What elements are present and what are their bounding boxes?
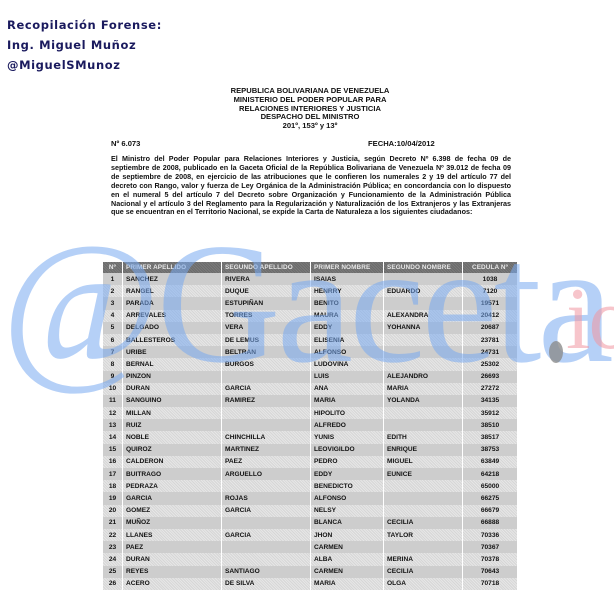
cell-second-name: ENRIQUE xyxy=(384,444,462,456)
cell-first-name: ISAIAS xyxy=(311,273,383,285)
cell-first-surname: SANCHEZ xyxy=(123,273,221,285)
cell-row-number: 5 xyxy=(103,322,122,334)
table-row: 15QUIROZMARTINEZLEOVIGILDOENRIQUE38753 xyxy=(103,444,517,456)
table-row: 23PAEZCARMEN70367 xyxy=(103,541,517,553)
cell-second-name: MERINA xyxy=(384,553,462,565)
cell-second-name xyxy=(384,297,462,309)
cell-second-surname: GARCIA xyxy=(222,505,310,517)
cell-id-number: 70367 xyxy=(463,541,517,553)
cell-second-name: ALEJANDRO xyxy=(384,371,462,383)
cell-second-name xyxy=(384,407,462,419)
cell-id-number: 20687 xyxy=(463,322,517,334)
cell-id-number: 20412 xyxy=(463,310,517,322)
cell-first-surname: PEDRAZA xyxy=(123,480,221,492)
cell-id-number: 26693 xyxy=(463,371,517,383)
cell-second-name: YOLANDA xyxy=(384,395,462,407)
cell-second-name xyxy=(384,480,462,492)
cell-first-surname: PAEZ xyxy=(123,541,221,553)
document-body: El Ministro del Poder Popular para Relac… xyxy=(111,155,511,217)
cell-row-number: 17 xyxy=(103,468,122,480)
column-header-second-surname: SEGUNDO APELLIDO xyxy=(222,262,310,273)
cell-row-number: 21 xyxy=(103,517,122,529)
table-row: 2RANGELDUQUEHENRRYEDUARDO7120 xyxy=(103,285,517,297)
cell-second-name xyxy=(384,419,462,431)
table-row: 7URIBEBELTRANALFONSO24731 xyxy=(103,346,517,358)
cell-first-surname: ACERO xyxy=(123,578,221,590)
cell-second-surname: MARTINEZ xyxy=(222,444,310,456)
cell-first-surname: REYES xyxy=(123,566,221,578)
cell-id-number: 65000 xyxy=(463,480,517,492)
cell-second-name: MARIA xyxy=(384,383,462,395)
cell-row-number: 15 xyxy=(103,444,122,456)
cell-first-name: LUIS xyxy=(311,371,383,383)
cell-second-surname: TORRES xyxy=(222,310,310,322)
cell-first-name: ALFONSO xyxy=(311,346,383,358)
cell-first-surname: URIBE xyxy=(123,346,221,358)
cell-row-number: 14 xyxy=(103,431,122,443)
cell-row-number: 26 xyxy=(103,578,122,590)
cell-second-surname xyxy=(222,480,310,492)
cell-first-name: YUNIS xyxy=(311,431,383,443)
cell-id-number: 38510 xyxy=(463,419,517,431)
cell-first-name: LEOVIGILDO xyxy=(311,444,383,456)
cell-first-surname: CALDERON xyxy=(123,456,221,468)
cell-second-name xyxy=(384,492,462,504)
cell-second-surname: ROJAS xyxy=(222,492,310,504)
cell-second-name: CECILIA xyxy=(384,566,462,578)
cell-first-name: PEDRO xyxy=(311,456,383,468)
cell-second-name xyxy=(384,358,462,370)
cell-second-surname xyxy=(222,419,310,431)
cell-second-name: ALEXANDRA xyxy=(384,310,462,322)
cell-second-surname: ESTUPIÑAN xyxy=(222,297,310,309)
cell-id-number: 70336 xyxy=(463,529,517,541)
column-header-number: Nº xyxy=(103,262,122,273)
cell-second-name xyxy=(384,541,462,553)
cell-row-number: 16 xyxy=(103,456,122,468)
table-row: 13RUIZALFREDO38510 xyxy=(103,419,517,431)
cell-second-name xyxy=(384,346,462,358)
cell-first-surname: LLANES xyxy=(123,529,221,541)
cell-id-number: 64218 xyxy=(463,468,517,480)
cell-second-surname: BURGOS xyxy=(222,358,310,370)
cell-second-surname xyxy=(222,371,310,383)
cell-id-number: 70718 xyxy=(463,578,517,590)
cell-first-surname: PARADA xyxy=(123,297,221,309)
cell-id-number: 27272 xyxy=(463,383,517,395)
cell-row-number: 25 xyxy=(103,566,122,578)
resolution-number: Nº 6.073 xyxy=(111,139,140,148)
cell-first-surname: NOBLE xyxy=(123,431,221,443)
cell-id-number: 70643 xyxy=(463,566,517,578)
cell-second-surname: RIVERA xyxy=(222,273,310,285)
table-row: 8BERNALBURGOSLUDOVINA25302 xyxy=(103,358,517,370)
cell-first-name: BENEDICTO xyxy=(311,480,383,492)
cell-first-surname: PINZON xyxy=(123,371,221,383)
cell-second-name: TAYLOR xyxy=(384,529,462,541)
table-row: 10DURANGARCIAANAMARIA27272 xyxy=(103,383,517,395)
cell-row-number: 9 xyxy=(103,371,122,383)
cell-first-surname: ARREVALES xyxy=(123,310,221,322)
credit-author: Ing. Miguel Muñoz xyxy=(7,35,162,55)
table-row: 21MUÑOZBLANCACECILIA66888 xyxy=(103,517,517,529)
table-row: 25REYESSANTIAGOCARMENCECILIA70643 xyxy=(103,566,517,578)
cell-row-number: 4 xyxy=(103,310,122,322)
cell-second-surname: SANTIAGO xyxy=(222,566,310,578)
column-header-first-surname: PRIMER APELLIDO xyxy=(123,262,221,273)
cell-first-name: CARMEN xyxy=(311,566,383,578)
cell-row-number: 11 xyxy=(103,395,122,407)
cell-row-number: 20 xyxy=(103,505,122,517)
cell-second-name: CECILIA xyxy=(384,517,462,529)
credit-block: Recopilación Forense: Ing. Miguel Muñoz … xyxy=(7,15,162,75)
cell-second-surname: BELTRAN xyxy=(222,346,310,358)
table-row: 18PEDRAZABENEDICTO65000 xyxy=(103,480,517,492)
cell-id-number: 38753 xyxy=(463,444,517,456)
cell-second-surname: DUQUE xyxy=(222,285,310,297)
table-row: 3PARADAESTUPIÑANBENITO19571 xyxy=(103,297,517,309)
cell-first-name: LUDOVINA xyxy=(311,358,383,370)
cell-first-surname: BERNAL xyxy=(123,358,221,370)
cell-second-surname: GARCIA xyxy=(222,529,310,541)
table-header-row: Nº PRIMER APELLIDO SEGUNDO APELLIDO PRIM… xyxy=(103,262,517,273)
cell-row-number: 3 xyxy=(103,297,122,309)
cell-first-name: CARMEN xyxy=(311,541,383,553)
table-row: 1SANCHEZRIVERAISAIAS1038 xyxy=(103,273,517,285)
cell-id-number: 23781 xyxy=(463,334,517,346)
column-header-first-name: PRIMER NOMBRE xyxy=(311,262,383,273)
table-row: 11SANGUINORAMIREZMARIAYOLANDA34135 xyxy=(103,395,517,407)
cell-first-surname: DURAN xyxy=(123,553,221,565)
cell-id-number: 66679 xyxy=(463,505,517,517)
cell-row-number: 7 xyxy=(103,346,122,358)
watermark-suffix: io xyxy=(566,270,614,370)
cell-second-surname: DE SILVA xyxy=(222,578,310,590)
cell-first-surname: RUIZ xyxy=(123,419,221,431)
cell-first-name: MAURA xyxy=(311,310,383,322)
table-row: 22LLANESGARCIAJHONTAYLOR70336 xyxy=(103,529,517,541)
table-row: 26ACERODE SILVAMARIAOLGA70718 xyxy=(103,578,517,590)
cell-first-surname: BALLESTEROS xyxy=(123,334,221,346)
cell-first-surname: SANGUINO xyxy=(123,395,221,407)
cell-second-name: EDITH xyxy=(384,431,462,443)
cell-row-number: 19 xyxy=(103,492,122,504)
cell-id-number: 70378 xyxy=(463,553,517,565)
cell-second-surname xyxy=(222,541,310,553)
cell-second-name xyxy=(384,505,462,517)
cell-row-number: 8 xyxy=(103,358,122,370)
cell-second-surname: VERA xyxy=(222,322,310,334)
cell-second-surname xyxy=(222,553,310,565)
cell-first-name: HENRRY xyxy=(311,285,383,297)
cell-first-name: ANA xyxy=(311,383,383,395)
cell-id-number: 1038 xyxy=(463,273,517,285)
column-header-second-name: SEGUNDO NOMBRE xyxy=(384,262,462,273)
cell-row-number: 24 xyxy=(103,553,122,565)
cell-first-surname: DURAN xyxy=(123,383,221,395)
cell-first-name: MARIA xyxy=(311,578,383,590)
cell-second-name xyxy=(384,273,462,285)
table-body: 1SANCHEZRIVERAISAIAS10382RANGELDUQUEHENR… xyxy=(103,273,517,590)
cell-first-name: JHON xyxy=(311,529,383,541)
cell-row-number: 2 xyxy=(103,285,122,297)
cell-second-surname: RAMIREZ xyxy=(222,395,310,407)
cell-first-name: EDDY xyxy=(311,468,383,480)
credit-handle: @MiguelSMunoz xyxy=(7,55,162,75)
cell-id-number: 38517 xyxy=(463,431,517,443)
cell-second-name: EUNICE xyxy=(384,468,462,480)
cell-first-name: BLANCA xyxy=(311,517,383,529)
cell-row-number: 10 xyxy=(103,383,122,395)
table-row: 24DURANALBAMERINA70378 xyxy=(103,553,517,565)
cell-first-name: ELISENIA xyxy=(311,334,383,346)
table-row: 19GARCIAROJASALFONSO66275 xyxy=(103,492,517,504)
cell-first-name: ALFONSO xyxy=(311,492,383,504)
cell-second-surname: DE LEMUS xyxy=(222,334,310,346)
cell-first-name: BENITO xyxy=(311,297,383,309)
cell-first-surname: MUÑOZ xyxy=(123,517,221,529)
cell-first-name: MARIA xyxy=(311,395,383,407)
column-header-id-number: CEDULA Nº xyxy=(463,262,517,273)
table-row: 20GOMEZGARCIANELSY66679 xyxy=(103,505,517,517)
cell-id-number: 35912 xyxy=(463,407,517,419)
cell-id-number: 25302 xyxy=(463,358,517,370)
cell-row-number: 6 xyxy=(103,334,122,346)
watermark-dot xyxy=(549,341,563,363)
cell-second-surname xyxy=(222,407,310,419)
citizens-table: Nº PRIMER APELLIDO SEGUNDO APELLIDO PRIM… xyxy=(102,262,518,590)
table-row: 17BUITRAGOARGUELLOEDDYEUNICE64218 xyxy=(103,468,517,480)
table-row: 4ARREVALESTORRESMAURAALEXANDRA20412 xyxy=(103,310,517,322)
cell-id-number: 66888 xyxy=(463,517,517,529)
cell-id-number: 19571 xyxy=(463,297,517,309)
cell-first-name: ALFREDO xyxy=(311,419,383,431)
cell-row-number: 23 xyxy=(103,541,122,553)
resolution-date: FECHA:10/04/2012 xyxy=(368,139,435,148)
cell-second-surname: ARGUELLO xyxy=(222,468,310,480)
table-row: 14NOBLECHINCHILLAYUNISEDITH38517 xyxy=(103,431,517,443)
cell-first-name: ALBA xyxy=(311,553,383,565)
cell-second-name: EDUARDO xyxy=(384,285,462,297)
cell-id-number: 7120 xyxy=(463,285,517,297)
cell-id-number: 24731 xyxy=(463,346,517,358)
cell-first-surname: BUITRAGO xyxy=(123,468,221,480)
cell-row-number: 13 xyxy=(103,419,122,431)
cell-second-surname xyxy=(222,517,310,529)
cell-first-surname: DELGADO xyxy=(123,322,221,334)
cell-row-number: 18 xyxy=(103,480,122,492)
cell-row-number: 12 xyxy=(103,407,122,419)
document-header: REPUBLICA BOLIVARIANA DE VENEZUELA MINIS… xyxy=(150,87,470,131)
cell-second-name: OLGA xyxy=(384,578,462,590)
credit-title: Recopilación Forense: xyxy=(7,15,162,35)
cell-first-name: EDDY xyxy=(311,322,383,334)
cell-first-surname: GARCIA xyxy=(123,492,221,504)
table-row: 12MILLANHIPOLITO35912 xyxy=(103,407,517,419)
cell-first-surname: RANGEL xyxy=(123,285,221,297)
cell-row-number: 1 xyxy=(103,273,122,285)
cell-first-surname: GOMEZ xyxy=(123,505,221,517)
table-row: 5DELGADOVERAEDDYYOHANNA20687 xyxy=(103,322,517,334)
cell-first-name: NELSY xyxy=(311,505,383,517)
table-row: 16CALDERONPAEZPEDROMIGUEL63849 xyxy=(103,456,517,468)
cell-first-surname: QUIROZ xyxy=(123,444,221,456)
table-row: 6BALLESTEROSDE LEMUSELISENIA23781 xyxy=(103,334,517,346)
cell-second-surname: PAEZ xyxy=(222,456,310,468)
cell-id-number: 66275 xyxy=(463,492,517,504)
cell-second-name: YOHANNA xyxy=(384,322,462,334)
cell-row-number: 22 xyxy=(103,529,122,541)
header-line: 201º, 153º y 13º xyxy=(150,122,470,131)
cell-id-number: 63849 xyxy=(463,456,517,468)
cell-first-surname: MILLAN xyxy=(123,407,221,419)
cell-first-name: HIPOLITO xyxy=(311,407,383,419)
cell-id-number: 34135 xyxy=(463,395,517,407)
cell-second-name: MIGUEL xyxy=(384,456,462,468)
cell-second-surname: CHINCHILLA xyxy=(222,431,310,443)
table-row: 9PINZONLUISALEJANDRO26693 xyxy=(103,371,517,383)
cell-second-surname: GARCIA xyxy=(222,383,310,395)
cell-second-name xyxy=(384,334,462,346)
